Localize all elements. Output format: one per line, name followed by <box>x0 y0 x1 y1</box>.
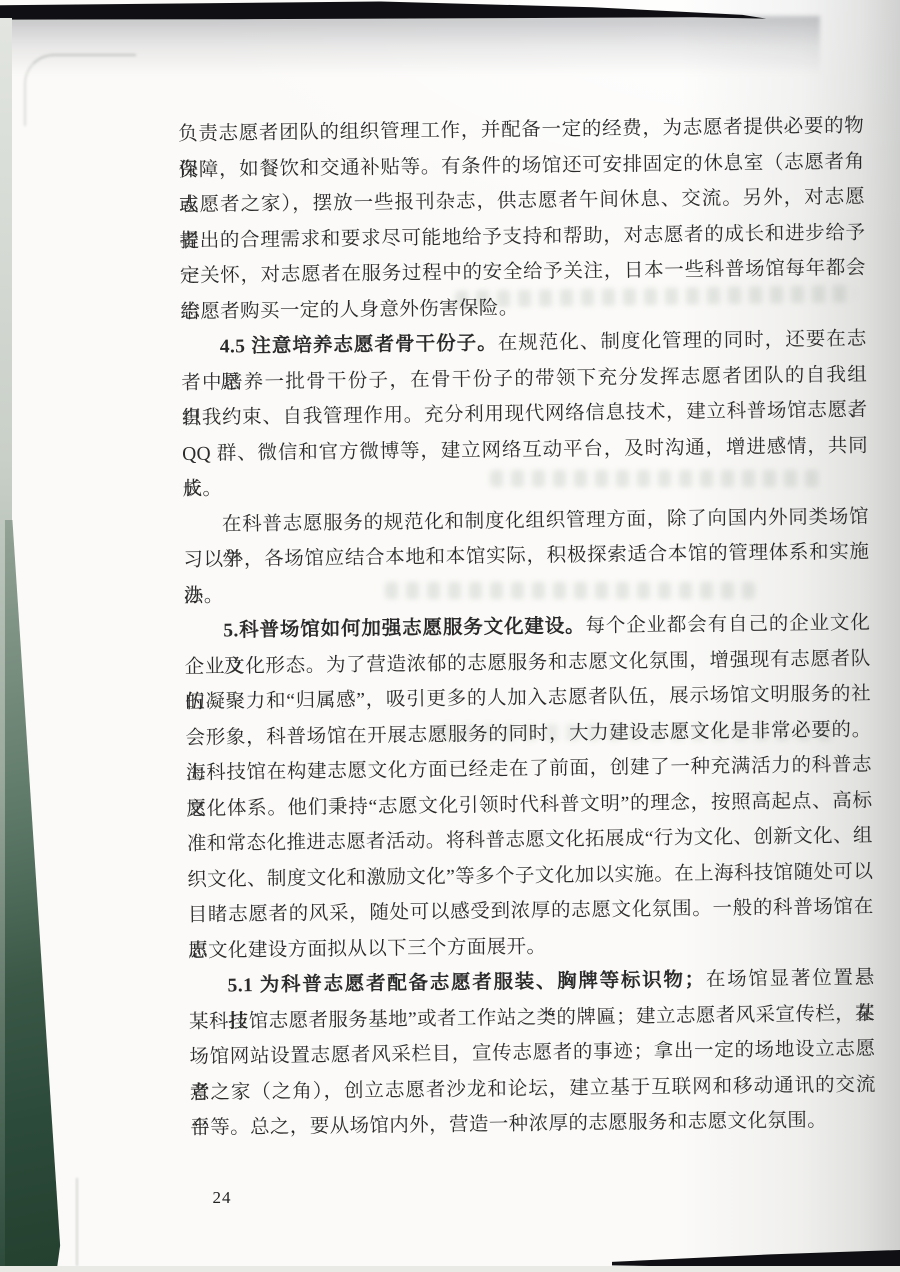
body-text: 负责志愿者团队的组织管理工作，并配备一定的经费，为志愿者提供必要的物资保障，如餐… <box>178 109 877 1147</box>
page-corner-outline <box>24 54 136 126</box>
page-number: 24 <box>200 1188 244 1208</box>
scanner-mat-left <box>0 520 62 1268</box>
scan-edge-bottom <box>0 1266 900 1272</box>
page-crease <box>76 1178 78 1266</box>
scanned-page: 负责志愿者团队的组织管理工作，并配备一定的经费，为志愿者提供必要的物资保障，如餐… <box>0 0 900 1272</box>
